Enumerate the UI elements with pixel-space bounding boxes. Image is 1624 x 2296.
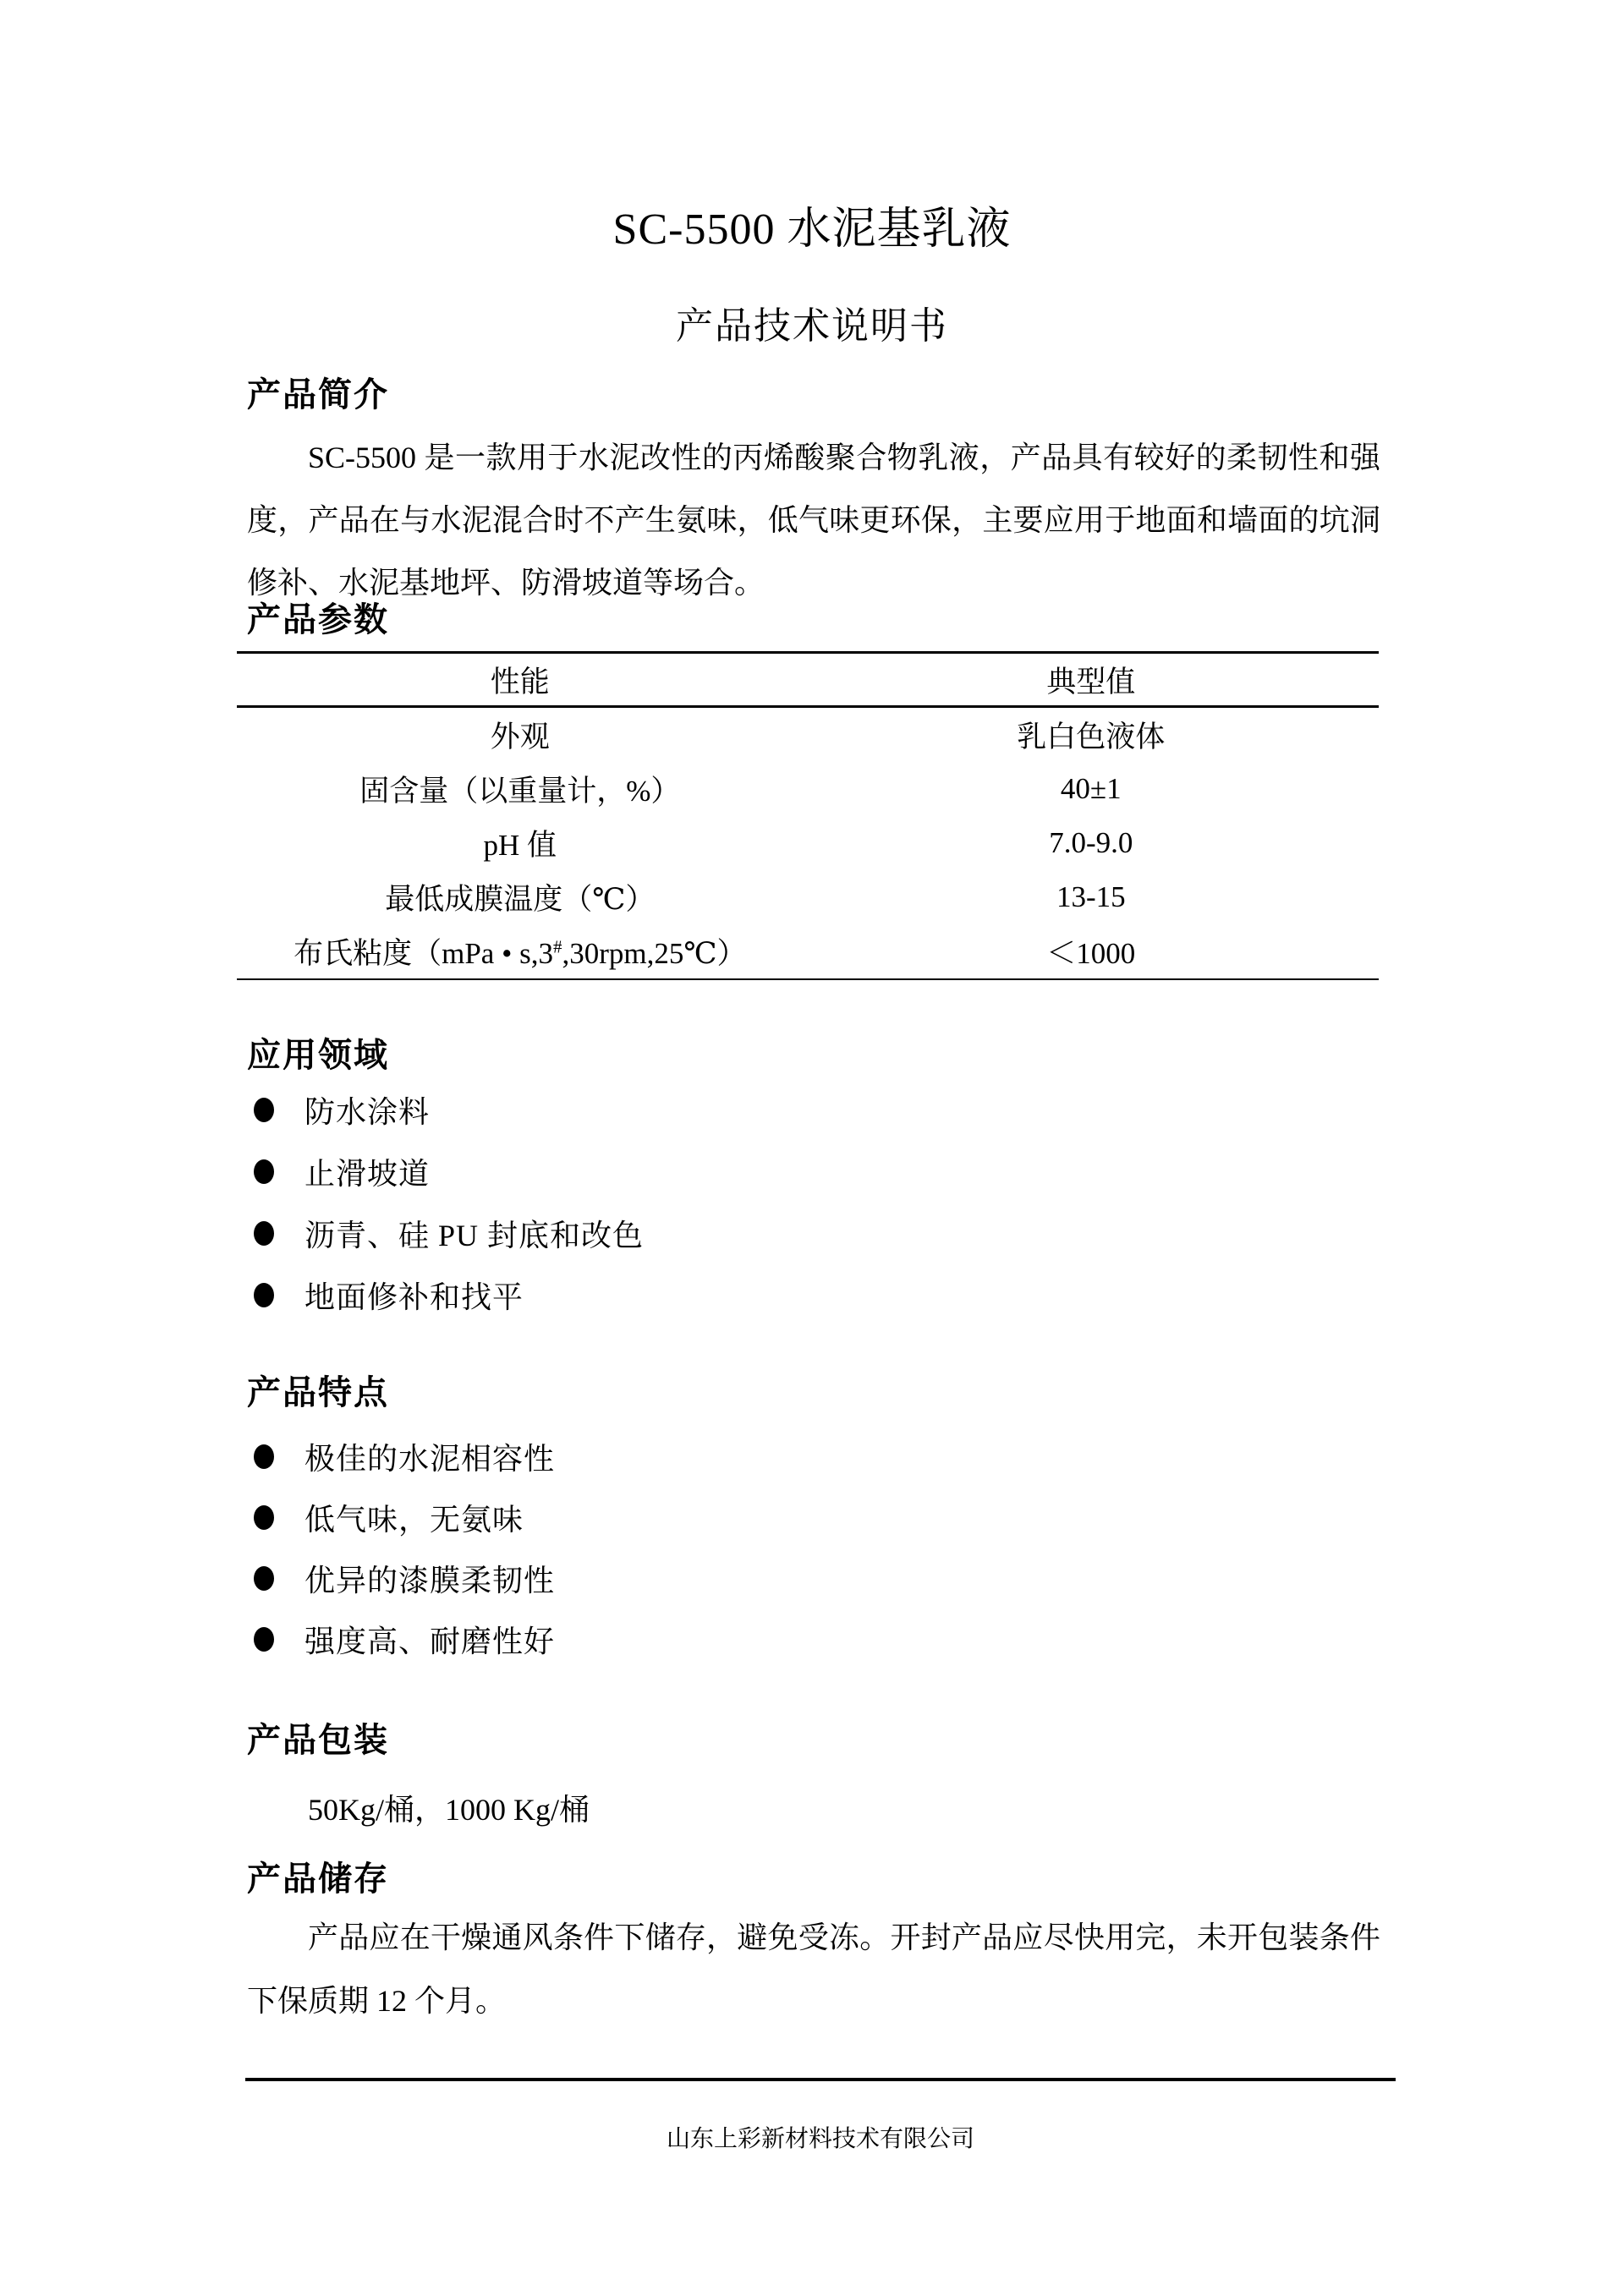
value-cell: ＜1000 [804, 930, 1379, 973]
list-item: 强度高、耐磨性好 [254, 1608, 1387, 1669]
page-title: SC-5500 水泥基乳液 [0, 203, 1624, 257]
bullet-dot-icon [254, 1159, 274, 1184]
table-header-row: 性能 典型值 [237, 654, 1379, 708]
document-page: SC-5500 水泥基乳液 产品技术说明书 产品简介 SC-5500 是一款用于… [0, 0, 1624, 2296]
table-row-mfft: 最低成膜温度（℃） 13-15 [237, 870, 1379, 924]
packaging-text: 50Kg/桶，1000 Kg/桶 [247, 1778, 1380, 1841]
property-cell: 最低成膜温度（℃） [237, 876, 804, 918]
viscosity-label-prefix: 布氏粘度（mPa • s,3 [294, 937, 553, 970]
parameters-table: 性能 典型值 外观 乳白色液体 固含量（以重量计，%） 40±1 pH 值 7.… [237, 651, 1379, 980]
list-item-label: 地面修补和找平 [304, 1274, 524, 1317]
footer-company-name: 山东上彩新材料技术有限公司 [245, 2123, 1396, 2155]
bullet-dot-icon [254, 1098, 274, 1122]
table-row-ph: pH 值 7.0-9.0 [237, 816, 1379, 870]
intro-paragraph: SC-5500 是一款用于水泥改性的丙烯酸聚合物乳液，产品具有较好的柔韧性和强度… [247, 426, 1380, 614]
bullet-dot-icon [254, 1505, 274, 1530]
table-row-viscosity: 布氏粘度（mPa • s,3#,30rpm,25℃） ＜1000 [237, 924, 1379, 978]
table-row-appearance: 外观 乳白色液体 [237, 708, 1379, 762]
bullet-dot-icon [254, 1627, 274, 1652]
section-heading-intro: 产品简介 [247, 374, 389, 416]
features-list: 极佳的水泥相容性 低气味，无氨味 优异的漆膜柔韧性 强度高、耐磨性好 [254, 1426, 1387, 1669]
list-item-label: 防水涂料 [304, 1088, 430, 1132]
list-item: 极佳的水泥相容性 [254, 1426, 1387, 1487]
list-item-label: 沥青、硅 PU 封底和改色 [304, 1212, 644, 1255]
storage-paragraph: 产品应在干燥通风条件下储存，避免受冻。开封产品应尽快用完，未开包装条件下保质期 … [247, 1906, 1380, 2033]
list-item-label: 低气味，无氨味 [304, 1496, 524, 1539]
list-item: 止滑坡道 [254, 1141, 1387, 1203]
list-item: 地面修补和找平 [254, 1264, 1387, 1326]
list-item-label: 强度高、耐磨性好 [304, 1618, 555, 1661]
table-row-solid-content: 固含量（以重量计，%） 40±1 [237, 762, 1379, 816]
value-cell: 乳白色液体 [804, 714, 1379, 756]
bullet-dot-icon [254, 1444, 274, 1469]
page-subtitle: 产品技术说明书 [0, 303, 1624, 350]
list-item: 优异的漆膜柔韧性 [254, 1548, 1387, 1608]
viscosity-label-superscript: # [553, 936, 562, 956]
table-header-value: 典型值 [804, 659, 1379, 701]
applications-list: 防水涂料 止滑坡道 沥青、硅 PU 封底和改色 地面修补和找平 [254, 1079, 1387, 1326]
list-item-label: 优异的漆膜柔韧性 [304, 1557, 555, 1600]
list-item-label: 极佳的水泥相容性 [304, 1435, 555, 1478]
value-cell: 40±1 [804, 772, 1379, 806]
viscosity-label-suffix: ,30rpm,25℃） [562, 937, 746, 970]
property-cell: 固含量（以重量计，%） [237, 768, 804, 810]
section-heading-features: 产品特点 [247, 1372, 389, 1414]
section-heading-applications: 应用领域 [247, 1034, 389, 1077]
section-heading-parameters: 产品参数 [247, 599, 389, 641]
bullet-dot-icon [254, 1566, 274, 1591]
list-item-label: 止滑坡道 [304, 1150, 430, 1193]
property-cell: 外观 [237, 714, 804, 756]
list-item: 低气味，无氨味 [254, 1487, 1387, 1548]
bullet-dot-icon [254, 1283, 274, 1307]
property-cell: pH 值 [237, 822, 804, 864]
table-header-property: 性能 [237, 659, 804, 701]
property-cell: 布氏粘度（mPa • s,3#,30rpm,25℃） [237, 930, 804, 973]
section-heading-storage: 产品储存 [247, 1858, 389, 1900]
list-item: 沥青、硅 PU 封底和改色 [254, 1203, 1387, 1264]
section-heading-packaging: 产品包装 [247, 1719, 389, 1762]
footer-divider [245, 2078, 1396, 2081]
value-cell: 13-15 [804, 880, 1379, 914]
value-cell: 7.0-9.0 [804, 826, 1379, 860]
list-item: 防水涂料 [254, 1079, 1387, 1141]
bullet-dot-icon [254, 1221, 274, 1246]
